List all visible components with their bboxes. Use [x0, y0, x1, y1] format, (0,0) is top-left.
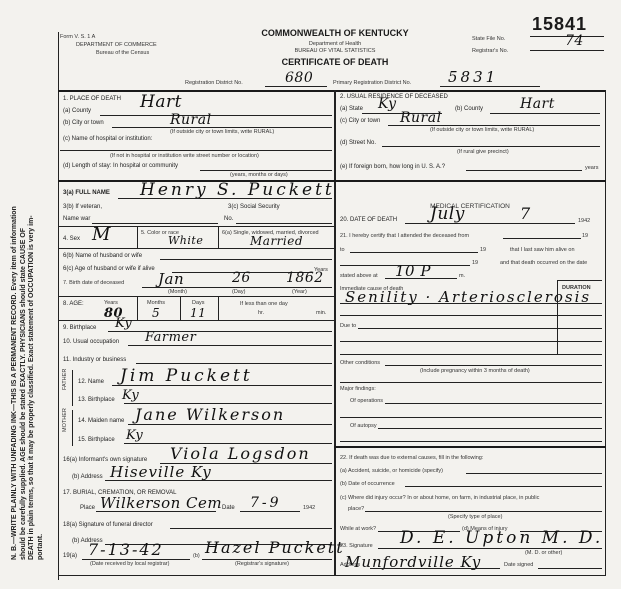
burial-place-label: Place: [80, 505, 95, 511]
birthplace-value: Ky: [115, 316, 132, 331]
registrar-no-label: Registrar's No.: [472, 48, 508, 54]
burial-date-value: 7-9: [250, 495, 282, 511]
less-day-label: If less than one day: [240, 301, 288, 307]
death-date-label: 20. DATE OF DEATH: [340, 217, 397, 223]
md-note: (M. D. or other): [525, 550, 562, 556]
death-day: 7: [520, 204, 531, 223]
dept-health: Department of Health: [230, 41, 440, 47]
res-county-value: Hart: [520, 96, 555, 112]
mother-birthplace-label: 15. Birthplace: [78, 437, 115, 443]
state-file-label: State File No.: [472, 36, 505, 42]
certify-label: 21. I hereby certify that I attended the…: [340, 233, 469, 239]
ssn-label: 3(c) Social Security: [228, 204, 280, 210]
external-heading: 22. If death was due to external causes,…: [340, 455, 483, 461]
day-label: (Day): [232, 289, 245, 295]
father-birthplace-label: 13. Birthplace: [78, 397, 115, 403]
birth-month: Jan: [158, 270, 184, 288]
sex-value: M: [92, 224, 111, 245]
reg-district-value: 680: [285, 70, 313, 86]
informant-address-value: Hiseville Ky: [110, 463, 212, 481]
year-label: (Year): [292, 289, 307, 295]
page-title: CERTIFICATE OF DEATH: [230, 57, 440, 67]
marital-value: Married: [250, 234, 303, 248]
hour-label: stated above at: [340, 273, 378, 279]
spouse-label: 6(b) Name of husband or wife: [63, 253, 142, 259]
street-label: (d) Street No.: [340, 140, 376, 146]
stay-label: (d) Length of stay: In hospital or commu…: [63, 163, 178, 169]
ssn-no-label: No.: [224, 216, 233, 222]
filed-note: (Date received by local registrar): [90, 561, 169, 567]
major-findings-label: Major findings:: [340, 386, 376, 392]
due-to-label: Due to: [340, 323, 356, 329]
registrar-signature: Hazel Puckett: [205, 538, 345, 557]
place-label: place?: [348, 506, 364, 512]
certify-nineteen-2: 19: [480, 247, 486, 253]
res-county-label: (b) County: [455, 106, 483, 112]
burial-year: 1942: [303, 505, 315, 511]
death-city-value: Rural: [170, 112, 212, 128]
informant-address-label: (b) Address: [72, 474, 103, 480]
res-city-value: Rural: [400, 110, 442, 126]
father-name-label: 12. Name: [78, 379, 104, 385]
full-name-value: Henry S. Puckett: [140, 180, 335, 200]
mother-side-label: MOTHER: [62, 408, 68, 432]
informant-sig-value: Viola Logsdon: [170, 444, 311, 463]
occupation-value: Farmer: [145, 330, 196, 345]
burial-date-label: Date: [222, 505, 235, 511]
bureau-census: Bureau of the Census: [96, 50, 149, 56]
foreign-label: (e) If foreign born, how long in U. S. A…: [340, 164, 445, 170]
res-state-label: (a) State: [340, 106, 363, 112]
age-days-value: 11: [190, 306, 206, 320]
mother-birthplace-value: Ky: [126, 428, 143, 443]
foreign-unit: years: [585, 165, 598, 171]
spouse-age-label: 6(c) Age of husband or wife if alive: [63, 266, 155, 272]
autopsy-label: Of autopsy: [350, 423, 377, 429]
primary-reg-label: Primary Registration District No.: [333, 80, 411, 86]
pregnancy-note: (Include pregnancy within 3 months of de…: [420, 368, 530, 374]
form-number: Form V. S. 1 A: [60, 34, 95, 40]
father-name-value: Jim Puckett: [120, 366, 253, 386]
street-note: (If rural give precinct): [457, 149, 509, 155]
other-conditions-label: Other conditions: [340, 360, 380, 366]
state-file-number: 15841: [532, 14, 587, 35]
min-label: min.: [316, 310, 326, 316]
physician-signature: D. E. Upton M. D.: [400, 528, 603, 548]
industry-label: 11. Industry or business: [63, 357, 126, 363]
occurrence-label: (b) Date of occurrence: [340, 481, 395, 487]
dept-commerce: DEPARTMENT OF COMMERCE: [76, 42, 157, 48]
margin-line-3: DEATH in plain terms, so that it may be …: [28, 40, 37, 560]
m-label: m.: [459, 273, 465, 279]
filed-date-value: 7-13-42: [88, 540, 164, 559]
hospital-note: (If not in hospital or institution write…: [110, 153, 259, 159]
bureau-vital: BUREAU OF VITAL STATISTICS: [230, 48, 440, 54]
while-at-work-label: While at work?: [340, 526, 376, 532]
res-city-note: (If outside city or town limits, write R…: [430, 127, 534, 133]
primary-reg-value: 5831: [448, 68, 498, 86]
filed-label: 19(a): [63, 553, 77, 559]
death-city-note: (If outside city or town limits, write R…: [170, 129, 274, 135]
sex-label: 4. Sex: [63, 236, 80, 242]
death-month: July: [430, 204, 465, 224]
death-county-value: Hart: [140, 92, 182, 112]
medical-heading: MEDICAL CERTIFICATION: [400, 204, 540, 210]
date-signed-label: Date signed: [504, 562, 533, 568]
birth-year: 1862: [286, 270, 324, 286]
margin-instructions: N. B.—WRITE PLAINLY WITH UNFADING INK—TH…: [2, 40, 54, 560]
hospital-label: (c) Name of hospital or institution:: [63, 136, 152, 142]
to-label: to: [340, 247, 345, 253]
father-birthplace-value: Ky: [122, 388, 139, 403]
certify-nineteen-1: 19: [582, 233, 588, 239]
death-county-label: (a) County: [63, 108, 91, 114]
stay-note: (years, months or days): [230, 172, 288, 178]
father-side-label: FATHER: [62, 369, 68, 390]
margin-line-4: portant.: [37, 40, 46, 560]
commonwealth-heading: COMMONWEALTH OF KENTUCKY: [230, 28, 440, 38]
place-of-death-heading: 1. PLACE OF DEATH: [63, 96, 121, 102]
age-months-value: 5: [152, 306, 160, 320]
signature-label: 23. Signature: [340, 543, 373, 549]
color-value: White: [168, 234, 203, 247]
certify-nineteen-3: 19: [472, 260, 478, 266]
director-label: 18(a) Signature of funeral director: [63, 522, 153, 528]
month-label: (Month): [168, 289, 187, 295]
where-label: (c) Where did injury occur? In or about …: [340, 495, 539, 501]
res-city-label: (c) City or town: [340, 118, 380, 124]
war-label: Name war: [63, 216, 90, 222]
veteran-label: 3(b) If veteran,: [63, 204, 102, 210]
occupation-label: 10. Usual occupation: [63, 339, 119, 345]
place-note: (Specify type of place): [448, 514, 502, 520]
birthplace-label: 9. Birthplace: [63, 325, 96, 331]
registrar-number: 74: [565, 33, 584, 49]
registrar-sig-note: (Registrar's signature): [235, 561, 289, 567]
accident-label: (a) Accident, suicide, or homicide (spec…: [340, 468, 443, 474]
death-city-label: (b) City or town: [63, 120, 104, 126]
reg-district-label: Registration District No.: [185, 80, 243, 86]
age-label: 8. AGE:: [63, 301, 84, 307]
mother-name-value: Jane Wilkerson: [135, 405, 285, 424]
margin-line-2: should be carefully supplied. AGE should…: [20, 40, 29, 560]
duration-label: DURATION: [562, 285, 591, 291]
birth-day: 26: [232, 270, 251, 286]
burial-place-value: Wilkerson Cem: [100, 494, 222, 512]
full-name-label: 3(a) FULL NAME: [63, 190, 110, 196]
death-year: 1942: [578, 218, 590, 224]
death-occurred-label: and that death occurred on the date: [500, 260, 587, 266]
operations-label: Of operations: [350, 398, 383, 404]
res-state-value: Ky: [378, 96, 396, 112]
birth-date-label: 7. Birth date of deceased: [63, 280, 124, 286]
registrar-prefix: (b): [193, 553, 200, 559]
margin-line-1: N. B.—WRITE PLAINLY WITH UNFADING INK—TH…: [11, 40, 20, 560]
mother-name-label: 14. Maiden name: [78, 418, 124, 424]
hr-label: hr.: [258, 310, 264, 316]
last-saw-label: that I last saw him alive on: [510, 247, 575, 253]
